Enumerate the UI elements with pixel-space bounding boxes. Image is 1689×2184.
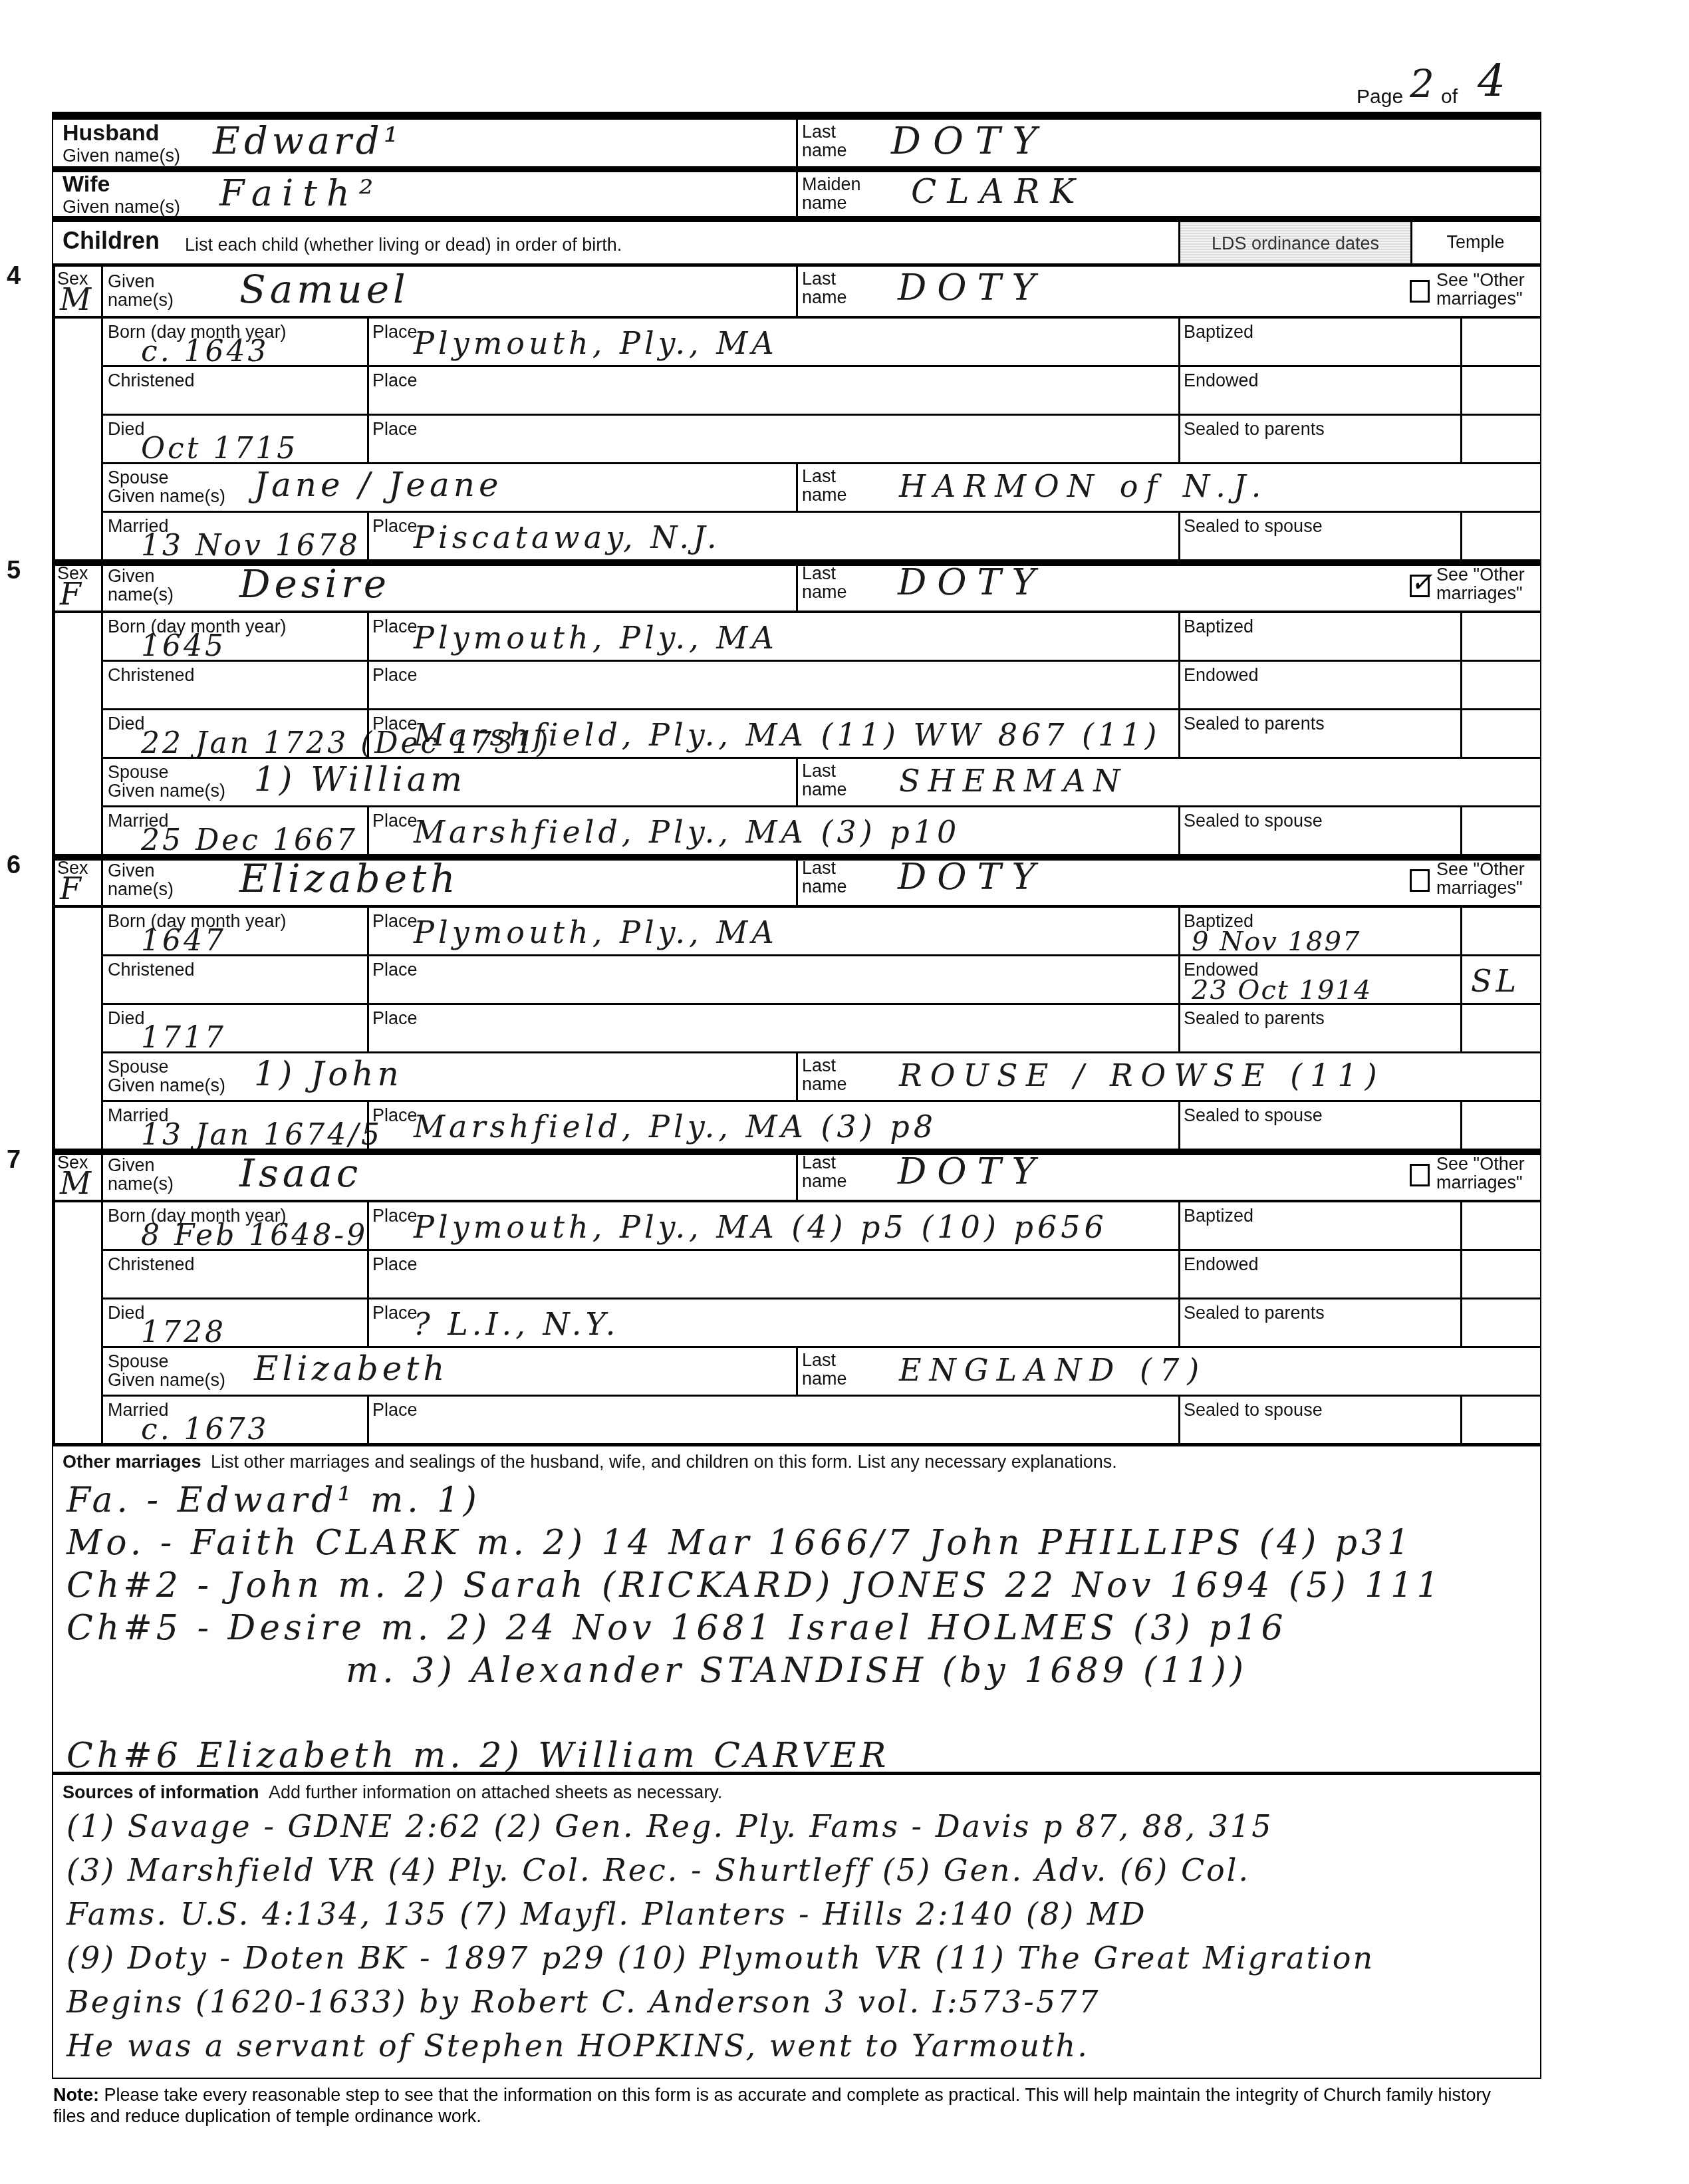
married-place-field[interactable]: Marshfield, Ply., MA (3) p10 — [414, 814, 960, 850]
place-label: Place — [372, 371, 418, 390]
died-label: Died — [108, 714, 145, 733]
spouse-given-field[interactable]: 1) John — [254, 1055, 403, 1093]
spouse-given-label: SpouseGiven name(s) — [108, 763, 225, 800]
sources-text[interactable]: (1) Savage - GDNE 2:62 (2) Gen. Reg. Ply… — [66, 1804, 1533, 2068]
children-title: Children — [63, 231, 160, 250]
given-name-label: Givenname(s) — [108, 567, 174, 604]
spouse-given-label: SpouseGiven name(s) — [108, 1057, 225, 1095]
endowed-row: ChristenedPlaceEndowed — [101, 1251, 1540, 1299]
sources-section: Sources of information Add further infor… — [53, 1775, 1540, 2078]
other-marriage-line: Fa. - Edward¹ m. 1) — [66, 1479, 1527, 1522]
spouse-last-field[interactable]: HARMON of N.J. — [899, 468, 1269, 504]
spouse-given-field[interactable]: 1) William — [254, 760, 466, 799]
christened-label: Christened — [108, 960, 195, 979]
last-name-field[interactable]: DOTY — [898, 267, 1046, 309]
husband-given-field[interactable]: Edward¹ — [213, 120, 402, 163]
see-other-marriages-checkbox[interactable] — [1410, 1164, 1430, 1186]
died-date-field[interactable]: 1728 — [141, 1315, 226, 1349]
spouse-given-label: SpouseGiven name(s) — [108, 1352, 225, 1389]
given-name-field[interactable]: Desire — [239, 561, 390, 607]
sealed-spouse-row: Married13 Jan 1674/5PlaceMarshfield, Ply… — [101, 1102, 1540, 1151]
spouse-given-label: SpouseGiven name(s) — [108, 468, 225, 505]
christened-label: Christened — [108, 371, 195, 390]
married-date-field[interactable]: c. 1673 — [141, 1413, 269, 1446]
other-marriages-text[interactable]: Fa. - Edward¹ m. 1)Mo. - Faith CLARK m. … — [66, 1479, 1527, 1777]
page-current: 2 — [1410, 61, 1434, 106]
sealed-parents-label: Sealed to parents — [1184, 1303, 1325, 1322]
sealed-spouse-row: Married13 Nov 1678PlacePiscataway, N.J.S… — [101, 513, 1540, 561]
child-number: 6 — [7, 856, 21, 875]
sealed-parents-label: Sealed to parents — [1184, 1009, 1325, 1027]
sealed-parents-label: Sealed to parents — [1184, 420, 1325, 438]
place-label: Place — [372, 1401, 418, 1419]
born-place-field[interactable]: Plymouth, Ply., MA — [414, 620, 778, 656]
page-of-label: of — [1441, 88, 1458, 106]
sources-title: Sources of information — [63, 1782, 259, 1802]
died-label: Died — [108, 420, 145, 438]
place-label: Place — [372, 1106, 418, 1125]
spouse-last-field[interactable]: ROUSE / ROWSE (11) — [899, 1057, 1385, 1093]
died-date-field[interactable]: Oct 1715 — [141, 432, 298, 466]
husband-title: Husband — [63, 124, 159, 142]
place-label: Place — [372, 811, 418, 830]
sex-field[interactable]: F — [60, 576, 81, 612]
check-mark-icon: ✓ — [1410, 567, 1433, 598]
born-date-field[interactable]: 8 Feb 1648-9 — [141, 1218, 368, 1252]
endowed-label: Endowed — [1184, 666, 1259, 684]
spouse-last-label: Lastname — [802, 761, 847, 799]
place-label: Place — [372, 960, 418, 979]
died-place-field[interactable]: Marshfield, Ply., MA (11) WW 867 (11) — [414, 717, 1161, 753]
last-name-field[interactable]: DOTY — [898, 1151, 1046, 1192]
wife-row: Wife Given name(s) Faith² Maidenname CLA… — [53, 172, 1540, 216]
spouse-row: SpouseGiven name(s)ElizabethLastnameENGL… — [101, 1348, 1540, 1397]
see-other-marriages-label: See "Othermarriages" — [1436, 565, 1525, 603]
wife-title: Wife — [63, 175, 110, 194]
source-line: He was a servant of Stephen HOPKINS, wen… — [66, 2024, 1533, 2068]
source-line: (9) Doty - Doten BK - 1897 p29 (10) Plym… — [66, 1936, 1533, 1980]
wife-maiden-label: Maidenname — [802, 175, 861, 212]
children-header: Children List each child (whether living… — [53, 222, 1540, 263]
temple-field[interactable]: SL — [1471, 963, 1520, 999]
source-line: Fams. U.S. 4:134, 135 (7) Mayfl. Planter… — [66, 1892, 1533, 1936]
spouse-given-field[interactable]: Elizabeth — [254, 1349, 449, 1388]
married-date-field[interactable]: 25 Dec 1667 — [141, 823, 358, 857]
last-name-label: Lastname — [802, 269, 847, 307]
place-label: Place — [372, 617, 418, 636]
source-line: Begins (1620-1633) by Robert C. Anderson… — [66, 1980, 1533, 2024]
last-name-label: Lastname — [802, 564, 847, 601]
husband-row: Husband Given name(s) Edward¹ Lastname D… — [53, 120, 1540, 166]
endowed-label: Endowed — [1184, 371, 1259, 390]
child-record-7: 7 Sex M Givenname(s) Isaac Lastname DOTY… — [53, 1151, 1540, 1446]
spouse-last-label: Lastname — [802, 1351, 847, 1388]
note-text: Please take every reasonable step to see… — [53, 2085, 1491, 2126]
endowed-label: Endowed — [1184, 1255, 1259, 1274]
other-marriage-line: m. 3) Alexander STANDISH (by 1689 (11)) — [66, 1649, 1527, 1692]
place-label: Place — [372, 1009, 418, 1027]
died-date-field[interactable]: 1717 — [141, 1021, 226, 1055]
child-number: 4 — [7, 267, 21, 285]
spouse-row: SpouseGiven name(s)1) WilliamLastnameSHE… — [101, 759, 1540, 807]
place-label: Place — [372, 1303, 418, 1322]
baptized-row: Born (day month year)1647PlacePlymouth, … — [101, 908, 1540, 956]
wife-maiden-field[interactable]: CLARK — [911, 172, 1086, 211]
other-marriage-line: Ch#5 - Desire m. 2) 24 Nov 1681 Israel H… — [66, 1607, 1527, 1649]
source-line: (1) Savage - GDNE 2:62 (2) Gen. Reg. Ply… — [66, 1804, 1533, 1848]
place-label: Place — [372, 323, 418, 341]
sealed-parents-row: Died22 Jan 1723 (Dec 1731)PlaceMarshfiel… — [101, 710, 1540, 759]
spouse-last-label: Lastname — [802, 1056, 847, 1093]
other-marriages-section: Other marriages List other marriages and… — [53, 1446, 1540, 1772]
note-label: Note: — [53, 2085, 99, 2105]
given-name-label: Givenname(s) — [108, 861, 174, 898]
place-label: Place — [372, 517, 418, 535]
baptized-label: Baptized — [1184, 617, 1253, 636]
died-place-field[interactable]: ? L.I., N.Y. — [414, 1306, 619, 1342]
given-name-label: Givenname(s) — [108, 1156, 174, 1193]
given-name-label: Givenname(s) — [108, 272, 174, 309]
married-place-field[interactable]: Piscataway, N.J. — [414, 519, 721, 555]
born-date-field[interactable]: c. 1643 — [141, 335, 269, 368]
sex-field[interactable]: F — [60, 871, 81, 906]
married-date-field[interactable]: 13 Jan 1674/5 — [141, 1118, 382, 1152]
endowed-row: ChristenedPlaceEndowed23 Oct 1914SL — [101, 956, 1540, 1005]
child-record-4: 4 Sex M Givenname(s) Samuel Lastname DOT… — [53, 267, 1540, 562]
given-name-field[interactable]: Samuel — [239, 267, 410, 312]
baptized-label: Baptized — [1184, 323, 1253, 341]
place-label: Place — [372, 912, 418, 930]
spouse-row: SpouseGiven name(s)1) JohnLastnameROUSE … — [101, 1053, 1540, 1102]
endowed-date-field[interactable]: 23 Oct 1914 — [1192, 975, 1372, 1006]
sealed-spouse-label: Sealed to spouse — [1184, 517, 1323, 535]
endowed-row: ChristenedPlaceEndowed — [101, 662, 1540, 710]
sealed-spouse-label: Sealed to spouse — [1184, 1106, 1323, 1125]
married-date-field[interactable]: 13 Nov 1678 — [141, 529, 360, 563]
sources-instruction: Add further information on attached shee… — [269, 1782, 722, 1802]
see-other-marriages-checkbox[interactable]: ✓ — [1410, 575, 1430, 597]
other-marriages-title: Other marriages — [63, 1452, 201, 1472]
married-place-field[interactable]: Marshfield, Ply., MA (3) p8 — [414, 1109, 937, 1145]
other-marriage-line — [66, 1692, 1527, 1734]
page-total: 4 — [1478, 55, 1505, 106]
form-note: Note: Please take every reasonable step … — [53, 2084, 1516, 2127]
wife-given-field[interactable]: Faith² — [219, 172, 382, 214]
last-name-field[interactable]: DOTY — [898, 856, 1046, 898]
page-label: Page — [1357, 88, 1403, 106]
see-other-marriages-label: See "Othermarriages" — [1436, 271, 1525, 308]
husband-last-label: Lastname — [802, 122, 847, 160]
other-marriage-line: Ch#6 Elizabeth m. 2) William CARVER — [66, 1734, 1527, 1777]
sex-field[interactable]: M — [60, 1165, 91, 1201]
spouse-last-label: Lastname — [802, 467, 847, 504]
baptized-row: Born (day month year)1645PlacePlymouth, … — [101, 613, 1540, 662]
baptized-label: Baptized — [1184, 1206, 1253, 1225]
given-name-field[interactable]: Isaac — [239, 1151, 362, 1196]
spouse-given-field[interactable]: Jane / Jeane — [254, 466, 503, 504]
other-marriage-line: Mo. - Faith CLARK m. 2) 14 Mar 1666/7 Jo… — [66, 1522, 1527, 1564]
husband-given-label: Given name(s) — [63, 146, 180, 165]
endowed-row: ChristenedPlaceEndowed — [101, 367, 1540, 416]
temple-header: Temple — [1412, 233, 1539, 251]
died-label: Died — [108, 1009, 145, 1027]
place-label: Place — [372, 420, 418, 438]
place-label: Place — [372, 1255, 418, 1274]
other-marriage-line: Ch#2 - John m. 2) Sarah (RICKARD) JONES … — [66, 1564, 1527, 1607]
see-other-marriages-checkbox[interactable] — [1410, 280, 1430, 303]
last-name-label: Lastname — [802, 859, 847, 896]
child-record-6: 6 Sex F Givenname(s) Elizabeth Lastname … — [53, 856, 1540, 1151]
source-line: (3) Marshfield VR (4) Ply. Col. Rec. - S… — [66, 1848, 1533, 1892]
sealed-spouse-row: Married25 Dec 1667PlaceMarshfield, Ply.,… — [101, 807, 1540, 856]
sealed-parents-label: Sealed to parents — [1184, 714, 1325, 733]
born-date-field[interactable]: 1645 — [141, 629, 226, 663]
given-name-field[interactable]: Elizabeth — [239, 856, 459, 901]
last-name-field[interactable]: DOTY — [898, 561, 1046, 603]
born-place-field[interactable]: Plymouth, Ply., MA — [414, 914, 778, 950]
last-name-label: Lastname — [802, 1153, 847, 1190]
born-date-field[interactable]: 1647 — [141, 924, 226, 958]
baptized-row: Born (day month year)8 Feb 1648-9PlacePl… — [101, 1202, 1540, 1251]
spouse-last-field[interactable]: ENGLAND (7) — [899, 1352, 1207, 1388]
sealed-parents-row: DiedOct 1715PlaceSealed to parents — [101, 416, 1540, 464]
place-label: Place — [372, 714, 418, 733]
spouse-last-field[interactable]: SHERMAN — [899, 763, 1128, 799]
child-number: 5 — [7, 561, 21, 580]
christened-label: Christened — [108, 666, 195, 684]
baptized-date-field[interactable]: 9 Nov 1897 — [1192, 926, 1361, 957]
see-other-marriages-checkbox[interactable] — [1410, 869, 1430, 892]
christened-label: Christened — [108, 1255, 195, 1274]
page-indicator: Page 2 of 4 — [1357, 67, 1505, 106]
born-place-field[interactable]: Plymouth, Ply., MA (4) p5 (10) p656 — [414, 1209, 1108, 1245]
baptized-row: Born (day month year)c. 1643PlacePlymout… — [101, 319, 1540, 367]
children-instruction: List each child (whether living or dead)… — [185, 235, 622, 254]
lds-ordinance-dates-header: LDS ordinance dates — [1178, 222, 1412, 263]
sealed-parents-row: Died1728Place? L.I., N.Y.Sealed to paren… — [101, 1299, 1540, 1348]
wife-given-label: Given name(s) — [63, 198, 180, 216]
sealed-spouse-label: Sealed to spouse — [1184, 811, 1323, 830]
child-record-5: 5 Sex F Givenname(s) Desire Lastname DOT… — [53, 561, 1540, 857]
other-marriages-instruction: List other marriages and sealings of the… — [211, 1452, 1117, 1472]
sealed-spouse-label: Sealed to spouse — [1184, 1401, 1323, 1419]
place-label: Place — [372, 1206, 418, 1225]
died-label: Died — [108, 1303, 145, 1322]
child-number: 7 — [7, 1151, 21, 1169]
see-other-marriages-label: See "Othermarriages" — [1436, 860, 1525, 897]
sealed-spouse-row: Marriedc. 1673PlaceSealed to spouse — [101, 1397, 1540, 1445]
spouse-row: SpouseGiven name(s)Jane / JeaneLastnameH… — [101, 464, 1540, 513]
see-other-marriages-label: See "Othermarriages" — [1436, 1155, 1525, 1192]
sex-field[interactable]: M — [60, 281, 91, 317]
family-group-record-form: Husband Given name(s) Edward¹ Lastname D… — [52, 112, 1541, 2079]
sealed-parents-row: Died1717PlaceSealed to parents — [101, 1005, 1540, 1053]
husband-last-field[interactable]: DOTY — [891, 120, 1049, 163]
place-label: Place — [372, 666, 418, 684]
born-place-field[interactable]: Plymouth, Ply., MA — [414, 325, 778, 361]
